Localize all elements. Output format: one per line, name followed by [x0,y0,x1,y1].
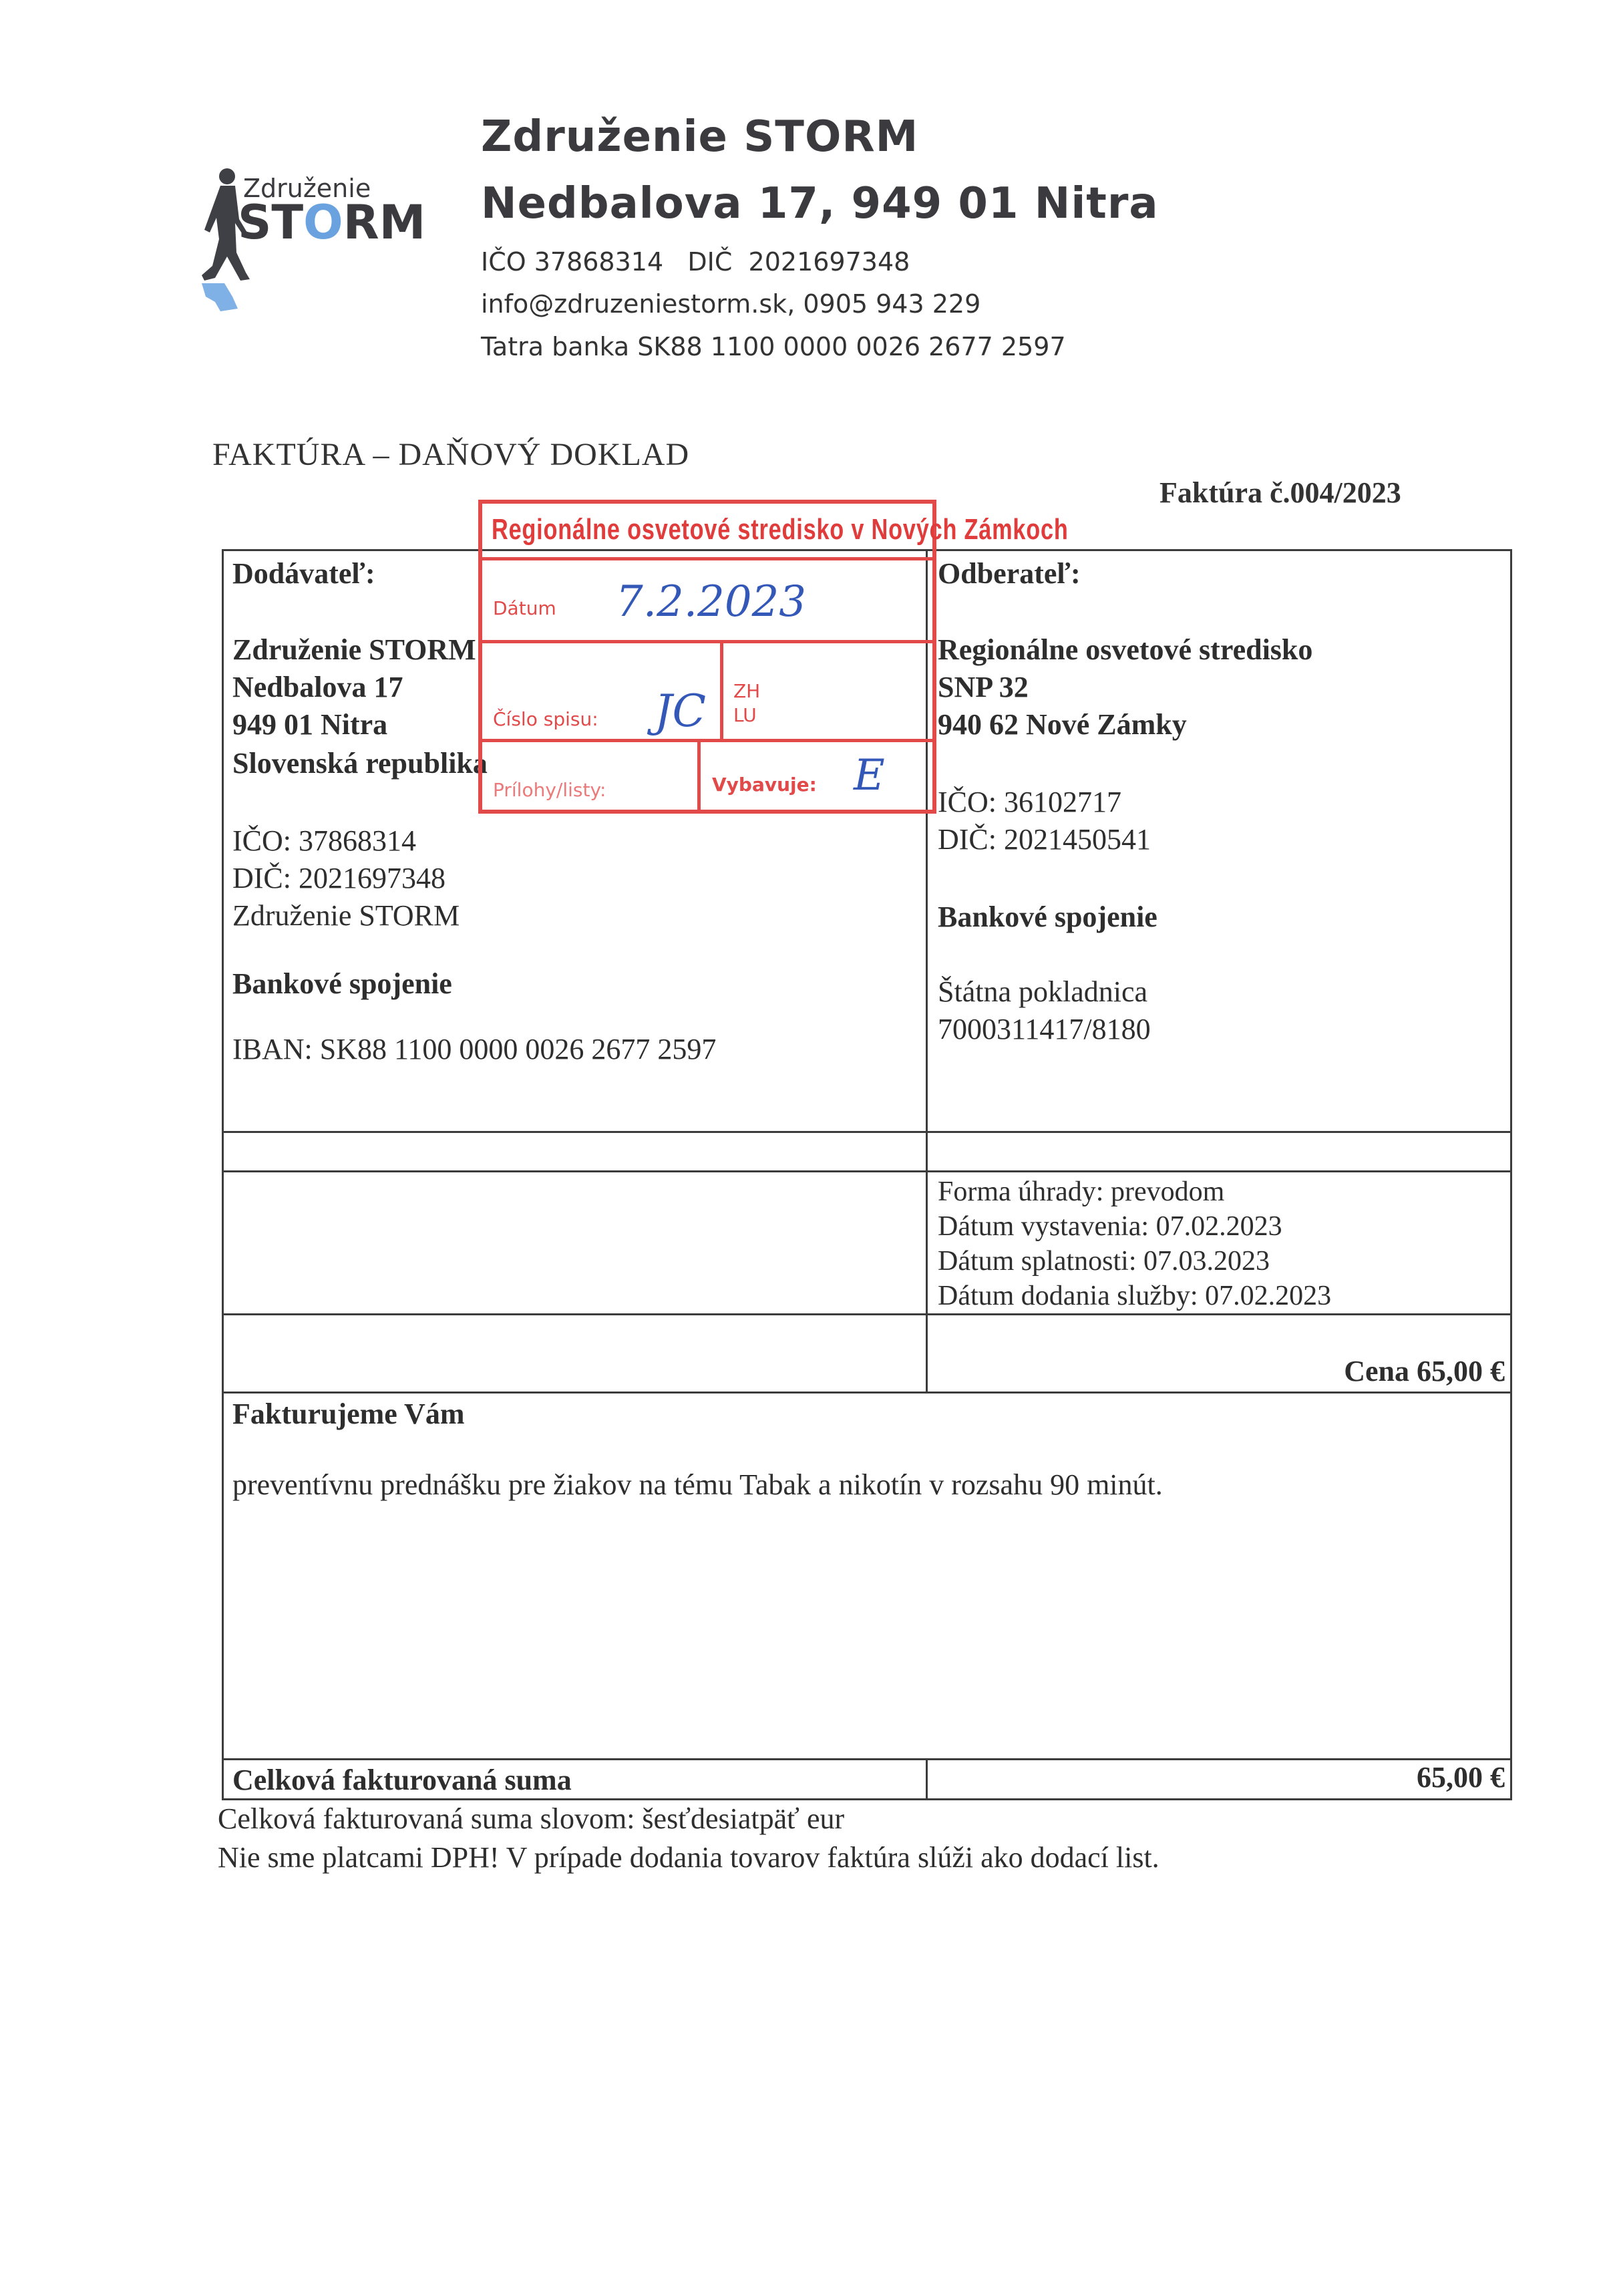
invoice-number: Faktúra č.004/2023 [1159,476,1401,510]
letterhead-bank: Tatra banka SK88 1100 0000 0026 2677 259… [481,332,1066,361]
stamp-handled-value: E [854,751,885,800]
supplier-country: Slovenská republika [232,744,488,783]
customer-bank-name: Štátna pokladnica [938,973,1147,1011]
total-value: 65,00 € [1417,1758,1505,1797]
logo: Združenie STORM [198,166,425,313]
supplier-street: Nedbalova 17 [232,668,403,707]
supplier-city: 949 01 Nitra [232,705,387,744]
customer-name: Regionálne osvetové stredisko [938,631,1312,669]
customer-account: 7000311417/8180 [938,1010,1151,1049]
supplier-bank-heading: Bankové spojenie [232,965,452,1003]
supplier-heading: Dodávateľ: [232,554,375,593]
stamp-lu-label: LU [733,704,757,726]
stamp-reg-value: JC [655,685,706,737]
stamp-zh-label: ZH [733,680,760,702]
items-heading: Fakturujeme Vám [232,1395,464,1434]
payment-method: Forma úhrady: prevodom [938,1174,1224,1209]
stamp-date-label: Dátum [493,597,556,619]
supplier-name: Združenie STORM [232,631,476,669]
total-label: Celková fakturovaná suma [232,1761,572,1800]
delivery-date: Dátum dodania služby: 07.02.2023 [938,1279,1331,1313]
item-description: preventívnu prednášku pre žiakov na tému… [232,1466,1163,1504]
customer-heading: Odberateľ: [938,554,1081,593]
customer-ico: IČO: 36102717 [938,783,1121,822]
letterhead-contact: info@zdruzeniestorm.sk, 0905 943 229 [481,289,980,319]
stamp-reg-label: Číslo spisu: [493,708,598,730]
issue-date: Dátum vystavenia: 07.02.2023 [938,1209,1282,1244]
letterhead-org-name: Združenie STORM [481,112,918,162]
registry-stamp: Regionálne osvetové stredisko v Nových Z… [478,500,936,814]
stamp-handled-label: Vybavuje: [712,774,817,796]
stamp-attachments-label: Prílohy/listy: [493,779,606,801]
stamp-date-value: 7.2.2023 [616,577,806,627]
due-date: Dátum splatnosti: 07.03.2023 [938,1244,1270,1279]
customer-city: 940 62 Nové Zámky [938,705,1187,744]
total-in-words: Celková fakturovaná suma slovom: šesťdes… [218,1800,844,1838]
vat-note: Nie sme platcami DPH! V prípade dodania … [218,1838,1159,1877]
customer-dic: DIČ: 2021450541 [938,820,1151,859]
supplier-iban: IBAN: SK88 1100 0000 0026 2677 2597 [232,1030,716,1069]
supplier-name-2: Združenie STORM [232,896,460,935]
supplier-dic: DIČ: 2021697348 [232,859,445,898]
logo-big-text: STORM [238,195,425,250]
customer-bank-heading: Bankové spojenie [938,898,1157,937]
letterhead-address: Nedbalova 17, 949 01 Nitra [481,179,1159,228]
document-title: FAKTÚRA – DAŇOVÝ DOKLAD [212,436,689,473]
supplier-ico: IČO: 37868314 [232,822,416,860]
letterhead-ids: IČO 37868314 DIČ 2021697348 [481,247,910,277]
stamp-title: Regionálne osvetové stredisko v Nových Z… [492,513,1069,546]
price: Cena 65,00 € [1344,1352,1505,1391]
customer-street: SNP 32 [938,668,1029,707]
